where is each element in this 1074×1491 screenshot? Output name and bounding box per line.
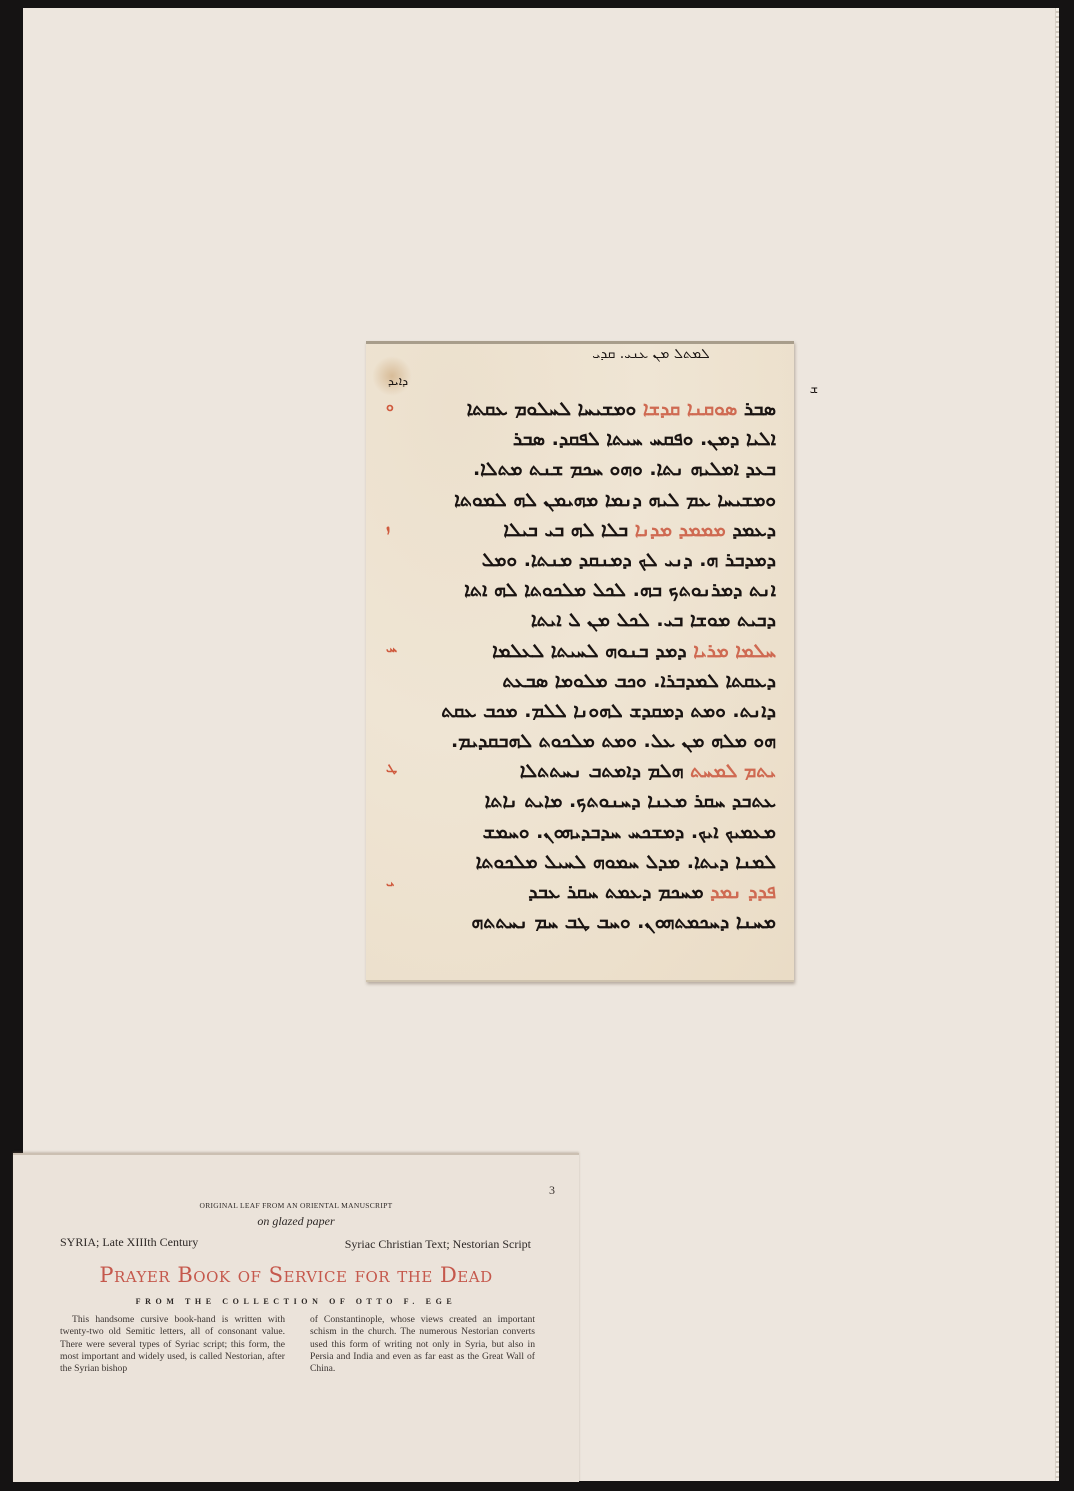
text-line: ܕܡܕܒܪ ܗ. ܕܢܝ ܠܟ ܕܡܢܩܕ ܡܢܬܐ. ܘܡܠ [416, 545, 776, 575]
text-line: ܒܥܕ ܐܡܠܝܗ ܢܬܐ. ܘܗܘ ܚܟܡ ܫܢܬ ܡܬܠܐ. [416, 454, 776, 484]
label-subtitle: FROM THE COLLECTION OF OTTO F. EGE [13, 1297, 579, 1306]
deckle-edge [1056, 8, 1059, 1481]
text-line: ܕܒܝܬ ܡܘܫܐ ܒܝ. ܠܟܠ ܡܢ ܠ ܐܝܬܐ [416, 605, 776, 635]
text-line: ܐܠܝܐ ܕܡܢ. ܘܦܩܚ ܚܝܬܐ ܠܦܩܕ. ܣܒܪ [416, 424, 776, 454]
text-line: ܘܡܫܝܚܐ ܥܡ ܠܝܗ ܕܢܡܐ ܡܗܝܡܢ ܠܗ ܠܡܘܬܐ [416, 485, 776, 515]
leaf-side-note: ܫ [810, 382, 818, 397]
section-marker: ܙ [386, 520, 390, 536]
section-marker: ܚ [386, 640, 397, 656]
section-marker: ܛ [386, 760, 397, 776]
section-marker: ܝ [386, 874, 394, 890]
page-number: 3 [549, 1183, 555, 1198]
text-line: ܡܚܢܐ ܕܚܟܡܬܗܘܢ. ܘܚܒ ܛܒ ܚܡ ܢܚܬܬܗ [416, 907, 776, 937]
text-line: ܠܡܢܐ ܕܝܬܐ. ܡܕܠ ܚܡܘܗ ܠܚܝܠ ܡܠܟܘܬܐ [416, 847, 776, 877]
manuscript-text-block: ܣܒܪ ܣܘܩܢܐ ܩܕܫܐ ܘܡܫܝܚܐ ܠܚܠܘܡ ܥܩܬܐ ܐܠܝܐ ܕܡ… [416, 394, 776, 937]
label-script-type: Syriac Christian Text; Nestorian Script [345, 1237, 531, 1252]
text-line: ܚܠܡܐ ܡܪܝܐ ܕܡܕ ܒܢܘܗ ܠܚܝܬܐ ܠܥܠܡܐ [416, 636, 776, 666]
text-line: ܣܒܪ ܣܘܩܢܐ ܩܕܫܐ ܘܡܫܝܚܐ ܠܚܠܘܡ ܥܩܬܐ [416, 394, 776, 424]
label-body-left: This handsome cursive book-hand is writt… [60, 1314, 285, 1375]
text-line: ܝܬܡ ܠܡܚܬ ܗܠܡ ܕܐܡܬܒ ܢܚܬܬܠܐ [416, 756, 776, 786]
text-line: ܕܐܢܬ. ܘܡܬ ܕܡܩܕܫ ܠܗܘܢܐ ܠܠܡ. ܡܟܒ ܥܩܬ [416, 696, 776, 726]
text-line: ܡܥܡܝܟ ܐܝܟ. ܕܡܫܟܚ ܚܕܒܕܝܗܘܢ. ܘܚܡܫ [416, 817, 776, 847]
text-line: ܕܥܡܕ ܡܡܡܕ ܡܕܢܐ ܒܠܐ ܠܗ ܒܝ ܒܝܠܐ [416, 515, 776, 545]
text-line: ܗܘ ܡܠܗ ܡܢ ܥܠ. ܘܡܬ ܡܠܟܘܬ ܠܗܒܩܕܝܡ. [416, 726, 776, 756]
label-material: on glazed paper [13, 1214, 579, 1229]
label-origin: SYRIA; Late XIIIth Century [60, 1235, 198, 1250]
label-body-right: of Constantinople, whose views created a… [310, 1314, 535, 1375]
section-marker: ܘ [386, 399, 394, 415]
description-label: 3 ORIGINAL LEAF FROM AN ORIENTAL MANUSCR… [13, 1153, 579, 1482]
text-line: ܥܬܒܕ ܚܩܪ ܡܥܢܐ ܕܚܢܘܬܟ. ܡܐܝܬ ܢܐܬܐ [416, 786, 776, 816]
text-line: ܐܢܬ ܕܡܪܢܘܬܟ ܒܗ. ܠܟܠ ܡܠܟܘܬܐ ܠܗ ܐܬܐ [416, 575, 776, 605]
leaf-header-line: ܠܡܬܠ ܡܢ ܥܢܝ. ܩܕܝ [546, 346, 756, 362]
label-heading: ORIGINAL LEAF FROM AN ORIENTAL MANUSCRIP… [13, 1201, 579, 1210]
text-line: ܦܕܕ ܢܡܕ ܡܚܟܡ ܕܥܡܬ ܚܩܪ ܥܒܕ [416, 877, 776, 907]
label-title: Prayer Book of Service for the Dead [13, 1263, 579, 1287]
manuscript-leaf: ܠܡܬܠ ܡܢ ܥܢܝ. ܩܕܝ ܕܐܝܕ ܫ ܘ ܙ ܚ ܛ ܝ ܣܒܪ ܣܘ… [366, 341, 794, 982]
leaf-corner-note: ܕܐܝܕ [388, 374, 408, 389]
text-line: ܕܥܩܬܐ ܠܡܕܒܪܐ. ܘܟܒ ܡܠܘܡܐ ܣܒܥܬ [416, 666, 776, 696]
